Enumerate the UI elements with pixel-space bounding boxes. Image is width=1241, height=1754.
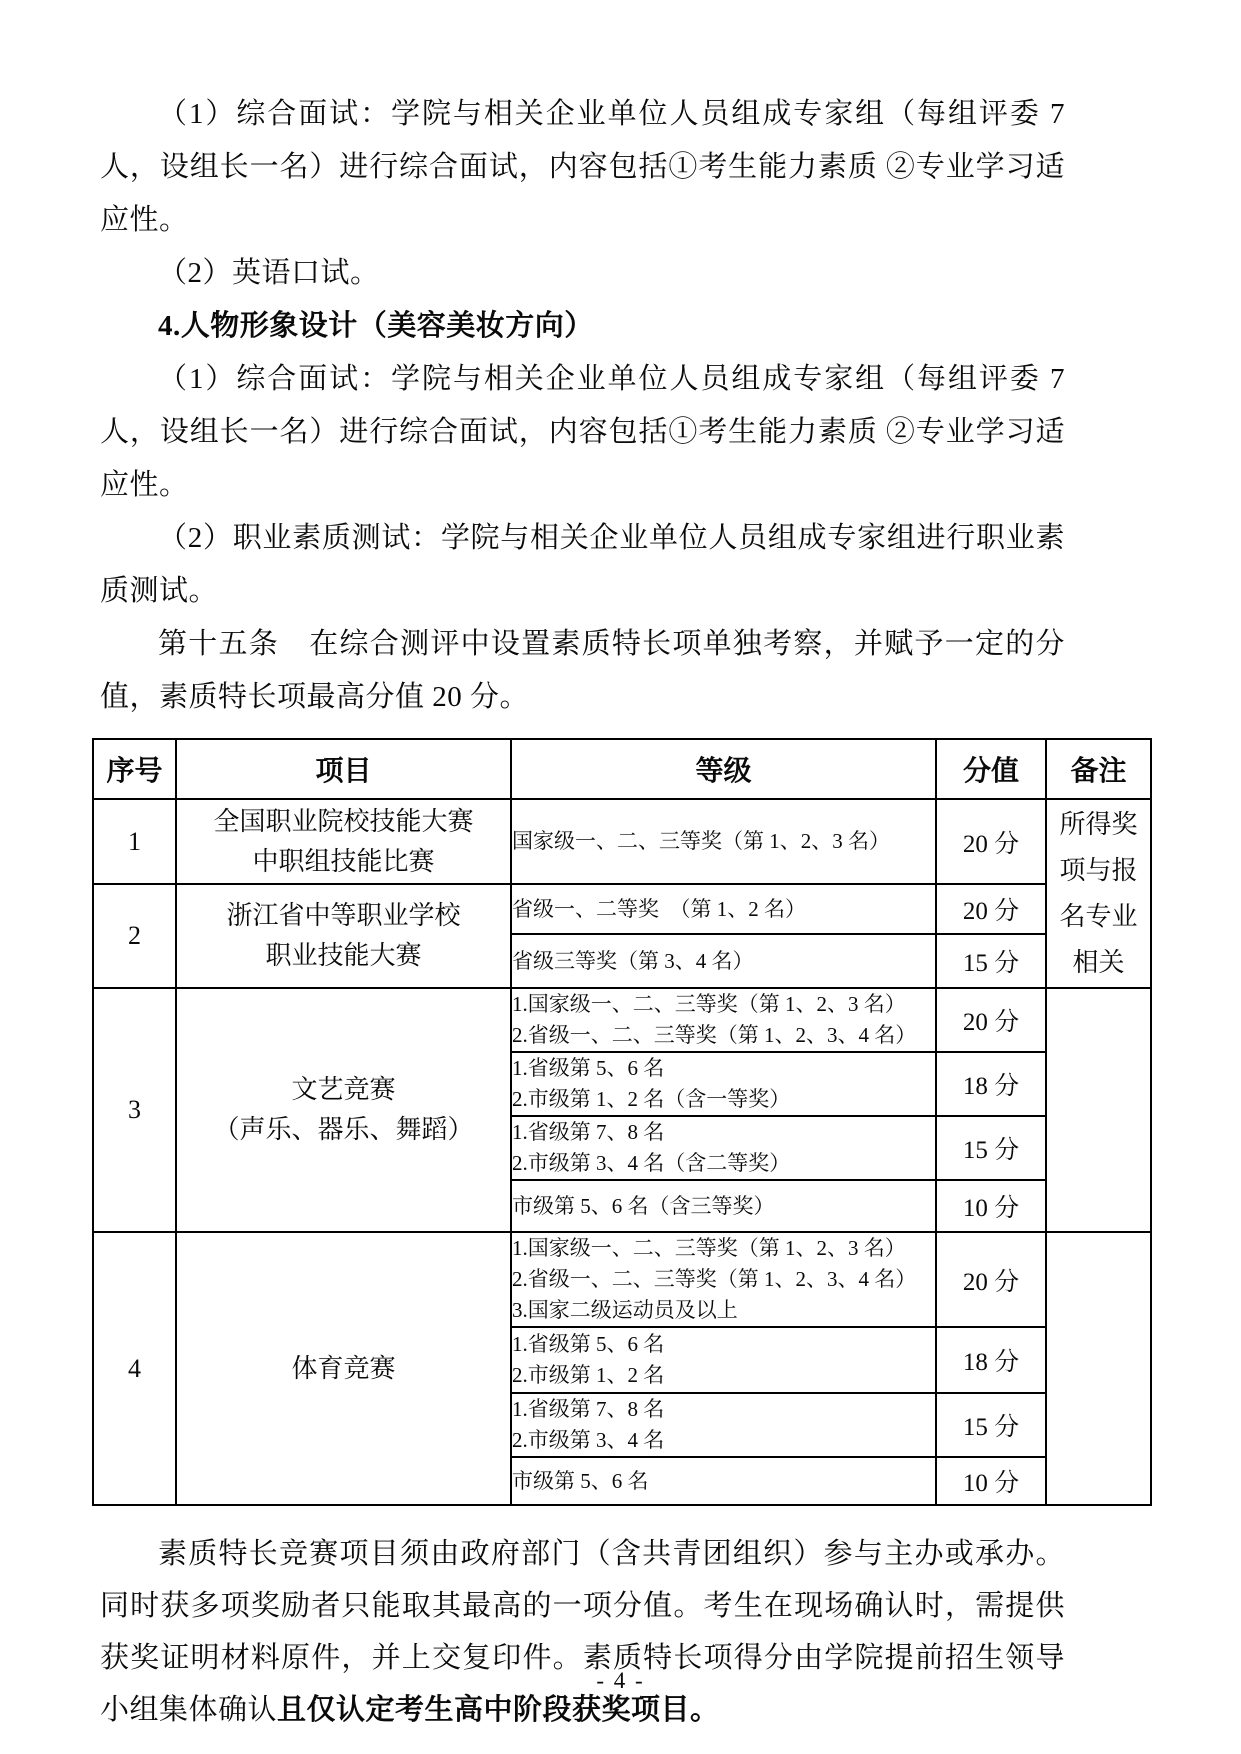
col-header-grade: 等级	[511, 739, 936, 799]
cell-score-4a: 20 分	[936, 1232, 1046, 1327]
col-header-remark: 备注	[1046, 739, 1151, 799]
closing-text-bold: 且仅认定考生高中阶段获奖项目。	[277, 1694, 720, 1726]
cell-grade-2b: 省级三等奖（第 3、4 名）	[511, 934, 936, 988]
cell-grade-4c: 1.省级第 7、8 名 2.市级第 3、4 名	[511, 1393, 936, 1457]
paragraph-interview-2: （1）综合面试：学院与相关企业单位人员组成专家组（每组评委 7 人，设组长一名）…	[100, 353, 1065, 512]
cell-score-4c: 15 分	[936, 1393, 1046, 1457]
paragraph-vocational-test: （2）职业素质测试：学院与相关企业单位人员组成专家组进行职业素质测试。	[100, 512, 1065, 618]
paragraph-article-15: 第十五条 在综合测评中设置素质特长项单独考察，并赋予一定的分值，素质特长项最高分…	[100, 618, 1065, 724]
cell-grade-1a: 国家级一、二、三等奖（第 1、2、3 名）	[511, 799, 936, 884]
cell-remark-1-2: 所得奖 项与报 名专业 相关	[1046, 799, 1151, 988]
cell-no-2: 2	[93, 884, 176, 988]
table-row: 1 全国职业院校技能大赛 中职组技能比赛 国家级一、二、三等奖（第 1、2、3 …	[93, 799, 1151, 884]
cell-remark-3	[1046, 988, 1151, 1232]
cell-score-4d: 10 分	[936, 1457, 1046, 1505]
document-page: （1）综合面试：学院与相关企业单位人员组成专家组（每组评委 7 人，设组长一名）…	[0, 0, 1241, 1736]
col-header-score: 分值	[936, 739, 1046, 799]
cell-score-3a: 20 分	[936, 988, 1046, 1052]
cell-project-2: 浙江省中等职业学校 职业技能大赛	[176, 884, 511, 988]
cell-project-1: 全国职业院校技能大赛 中职组技能比赛	[176, 799, 511, 884]
cell-grade-3b: 1.省级第 5、6 名 2.市级第 1、2 名（含一等奖）	[511, 1052, 936, 1116]
paragraph-english-oral: （2）英语口试。	[100, 247, 1065, 300]
specialty-score-table: 序号 项目 等级 分值 备注 1 全国职业院校技能大赛 中职组技能比赛 国家级一…	[92, 738, 1152, 1506]
cell-grade-3d: 市级第 5、6 名（含三等奖）	[511, 1180, 936, 1232]
cell-no-1: 1	[93, 799, 176, 884]
section-heading-4: 4.人物形象设计（美容美妆方向）	[100, 300, 1065, 353]
cell-remark-4	[1046, 1232, 1151, 1505]
cell-grade-2a: 省级一、二等奖 （第 1、2 名）	[511, 884, 936, 934]
cell-score-2b: 15 分	[936, 934, 1046, 988]
cell-grade-4b: 1.省级第 5、6 名 2.市级第 1、2 名	[511, 1327, 936, 1393]
document-content: （1）综合面试：学院与相关企业单位人员组成专家组（每组评委 7 人，设组长一名）…	[0, 0, 1065, 1736]
cell-score-4b: 18 分	[936, 1327, 1046, 1393]
col-header-project: 项目	[176, 739, 511, 799]
table-row: 2 浙江省中等职业学校 职业技能大赛 省级一、二等奖 （第 1、2 名） 20 …	[93, 884, 1151, 934]
cell-grade-3a: 1.国家级一、二、三等奖（第 1、2、3 名） 2.省级一、二、三等奖（第 1、…	[511, 988, 936, 1052]
col-header-no: 序号	[93, 739, 176, 799]
table-row: 4 体育竞赛 1.国家级一、二、三等奖（第 1、2、3 名） 2.省级一、二、三…	[93, 1232, 1151, 1327]
cell-no-4: 4	[93, 1232, 176, 1505]
closing-paragraph: 素质特长竞赛项目须由政府部门（含共青团组织）参与主办或承办。同时获多项奖励者只能…	[100, 1528, 1065, 1736]
table-header-row: 序号 项目 等级 分值 备注	[93, 739, 1151, 799]
cell-score-2a: 20 分	[936, 884, 1046, 934]
cell-score-3c: 15 分	[936, 1116, 1046, 1180]
cell-project-4: 体育竞赛	[176, 1232, 511, 1505]
cell-no-3: 3	[93, 988, 176, 1232]
table-row: 3 文艺竞赛 （声乐、器乐、舞蹈） 1.国家级一、二、三等奖（第 1、2、3 名…	[93, 988, 1151, 1052]
cell-grade-4d: 市级第 5、6 名	[511, 1457, 936, 1505]
cell-grade-3c: 1.省级第 7、8 名 2.市级第 3、4 名（含二等奖）	[511, 1116, 936, 1180]
paragraph-interview-1: （1）综合面试：学院与相关企业单位人员组成专家组（每组评委 7 人，设组长一名）…	[100, 88, 1065, 247]
cell-grade-4a: 1.国家级一、二、三等奖（第 1、2、3 名） 2.省级一、二、三等奖（第 1、…	[511, 1232, 936, 1327]
cell-score-1a: 20 分	[936, 799, 1046, 884]
cell-score-3d: 10 分	[936, 1180, 1046, 1232]
cell-score-3b: 18 分	[936, 1052, 1046, 1116]
cell-project-3: 文艺竞赛 （声乐、器乐、舞蹈）	[176, 988, 511, 1232]
page-number: - 4 -	[0, 1668, 1241, 1694]
